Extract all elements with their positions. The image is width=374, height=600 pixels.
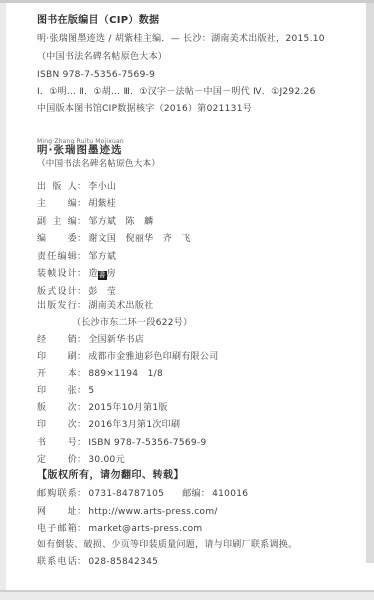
- credit-value: 2016年3月第1次印刷: [88, 419, 180, 431]
- credit-price: 定价：30.00元: [37, 454, 125, 466]
- mail-order-line: 邮购联系：0731-84787105邮编：410016: [37, 488, 248, 500]
- colophon-page: 图书在版编目（CIP）数据 明·张瑞图墨迹选 / 胡紫桂主编．— 长沙：湖南美术…: [0, 0, 374, 600]
- credit-impression: 印次：2016年3月第1次印刷: [37, 419, 180, 431]
- scan-edge-right: [366, 3, 374, 563]
- email-label: 电子邮箱: [37, 523, 77, 535]
- credit-label: 版式设计: [37, 286, 77, 298]
- scan-edge-top: [0, 0, 374, 3]
- credit-label: 印张: [37, 385, 77, 397]
- credit-value: 成都市金雅迪彩色印刷有限公司: [88, 351, 218, 363]
- credit-label: 印次: [37, 419, 77, 431]
- credit-editorial-board: 编委：谢文国 倪丽华 齐 飞: [37, 233, 191, 245]
- credit-label: 副主编: [37, 216, 77, 228]
- book-series: （中国书法名碑名帖原色大本）: [37, 158, 160, 170]
- credit-value: 5: [88, 385, 94, 397]
- credit-printer: 印刷：成都市金雅迪彩色印刷有限公司: [37, 351, 219, 363]
- credit-chief-editor: 主编：胡紫桂: [37, 198, 116, 210]
- credit-label: 出版人: [37, 181, 77, 193]
- credit-value: 湖南美术出版社: [88, 300, 153, 312]
- cip-series: （中国书法名碑名帖原色大本）: [37, 51, 167, 63]
- credit-value: 胡紫桂: [88, 198, 116, 210]
- cip-record: 明·张瑞图墨迹选 / 胡紫桂主编．— 长沙：湖南美术出版社，2015.10: [37, 33, 325, 45]
- postcode-value: 410016: [212, 488, 248, 500]
- contact-phone-line: 联系电话：028-85842345: [37, 556, 158, 568]
- credit-value: 李小山: [88, 181, 116, 193]
- credit-responsible-editor: 责任编辑：邹方斌: [37, 251, 116, 263]
- mail-order-label: 邮购联系: [37, 488, 77, 500]
- email-address: market@arts-press.com: [88, 523, 202, 535]
- mail-order-phone: 0731-84787105: [88, 488, 164, 500]
- credit-value: 造書房: [88, 268, 116, 280]
- credit-value: 彭 莹: [88, 286, 116, 298]
- credit-publisher-person: 出版人：李小山: [37, 181, 116, 193]
- book-title: 明·张瑞图墨迹选: [37, 144, 123, 156]
- credit-value: 谢文国 倪丽华 齐 飞: [88, 233, 190, 245]
- cip-classification: Ⅰ．①明… Ⅱ．①胡… Ⅲ．①汉字－法帖－中国－明代 Ⅳ．①J292.26: [37, 86, 316, 98]
- credit-value: ISBN 978-7-5356-7569-9: [88, 437, 206, 449]
- contact-phone-number: 028-85842345: [88, 556, 158, 568]
- cip-isbn: ISBN 978-7-5356-7569-9: [37, 69, 155, 81]
- credit-value: 全国新华书店: [88, 334, 144, 346]
- credit-value: 邹方斌 陈 麟: [88, 216, 153, 228]
- email-line: 电子邮箱：market@arts-press.com: [37, 523, 202, 535]
- credit-binding-design: 装帧设计：造書房: [37, 268, 116, 280]
- credit-label: 编委: [37, 233, 77, 245]
- credit-label: 装帧设计: [37, 268, 77, 280]
- publisher-address: （长沙市东二环一段622号）: [72, 317, 192, 329]
- credit-label: 书号: [37, 437, 77, 449]
- credit-label: 开本: [37, 368, 77, 380]
- credit-label: 定价: [37, 454, 77, 466]
- cip-record-number: 中国版本图书馆CIP数据核字（2016）第021131号: [37, 103, 252, 115]
- credit-label: 出版发行: [37, 300, 77, 312]
- postcode-label: 邮编: [182, 488, 201, 500]
- credit-value: 2015年10月第1版: [88, 402, 167, 414]
- scan-edge-left: [0, 3, 6, 600]
- credit-label: 印刷: [37, 351, 77, 363]
- credit-value: 邹方斌: [88, 251, 116, 263]
- copyright-notice: 【版权所有，请勿翻印、转载】: [37, 470, 184, 482]
- credit-label: 责任编辑: [37, 251, 77, 263]
- credit-edition: 版次：2015年10月第1版: [37, 402, 168, 414]
- scan-edge-bottom: [0, 592, 374, 600]
- cip-heading: 图书在版编目（CIP）数据: [37, 15, 159, 27]
- credit-label: 版次: [37, 402, 77, 414]
- contact-phone-label: 联系电话: [37, 556, 77, 568]
- website-line: 网址：http://www.arts-press.com/: [37, 506, 218, 518]
- credit-sheets: 印张：5: [37, 385, 94, 397]
- credit-deputy-editor: 副主编：邹方斌 陈 麟: [37, 216, 153, 228]
- credit-layout-design: 版式设计：彭 莹: [37, 286, 116, 298]
- credit-label: 经销: [37, 334, 77, 346]
- credit-publishing-house: 出版发行：湖南美术出版社: [37, 300, 153, 312]
- credit-book-number: 书号：ISBN 978-7-5356-7569-9: [37, 437, 206, 449]
- credit-distributor: 经销：全国新华书店: [37, 334, 144, 346]
- quality-note: 如有倒装、破损、少页等印装质量问题，请与印刷厂联系调换。: [37, 539, 297, 551]
- credit-value: 889×1194 1/8: [88, 368, 163, 380]
- credit-label: 主编: [37, 198, 77, 210]
- website-url: http://www.arts-press.com/: [88, 506, 217, 518]
- design-studio-logo-glyph: 書: [98, 271, 107, 280]
- credit-value: 30.00元: [88, 454, 125, 466]
- credit-format: 开本：889×1194 1/8: [37, 368, 163, 380]
- website-label: 网址: [37, 506, 77, 518]
